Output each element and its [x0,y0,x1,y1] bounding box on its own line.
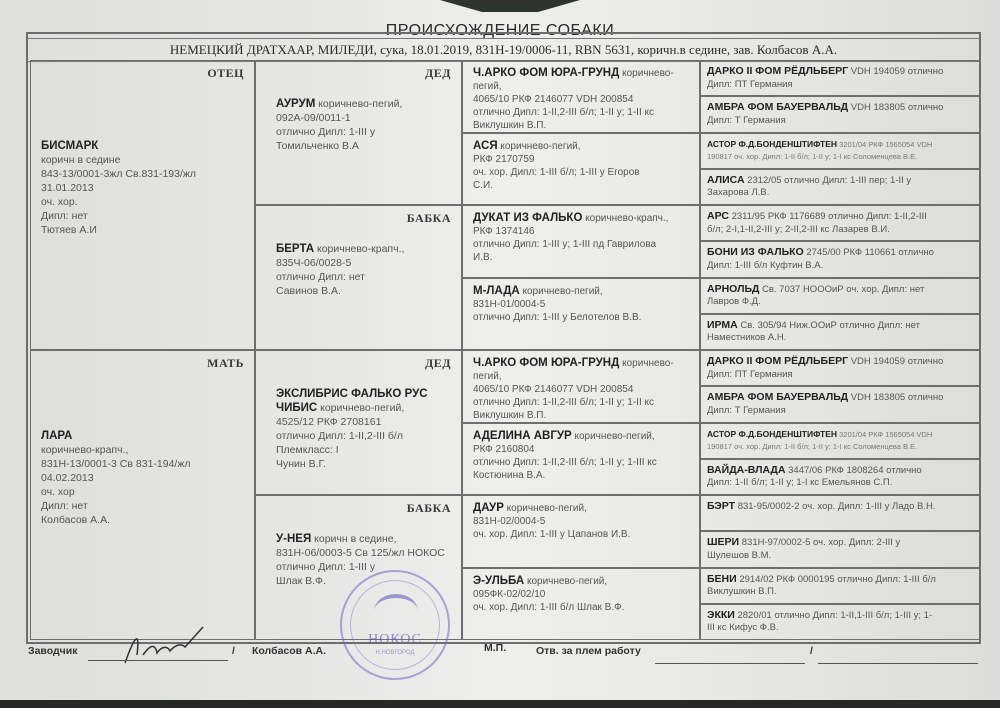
great-grandparent-cell: АДЕЛИНА АВГУР коричнево-пегий,РКФ 216080… [462,423,700,496]
dog-name: Э-УЛЬБА [473,575,524,587]
great-great-grandparent-cell: БОНИ ИЗ ФАЛЬКО 2745/00 РКФ 110661 отличн… [700,241,980,277]
dog-detail-line: коричн в седине [41,153,196,167]
dog-name: АСЯ [473,140,498,152]
dog-detail-line: Дипл: Т Германия [707,405,943,418]
responsible-signature-line [655,663,805,664]
dog-detail-line: отлично Дипл: 1-II,2-III б/л; 1-II у; 1-… [473,456,657,469]
dog-detail-line: оч. хор [41,485,191,499]
dog-entry: ИРМА Св. 305/94 Ниж.ООиР отлично Дипл: н… [707,319,920,345]
dog-detail-line: С.И. [473,179,640,192]
great-great-grandparent-cell: АРС 2311/95 РКФ 1176689 отлично Дипл: 1-… [700,205,980,241]
dog-detail-line: 190817 оч. хор. Дипл: 1-II б/л; 1-II у; … [707,151,932,163]
dog-detail-line: РКФ 2170759 [473,153,640,166]
dog-detail-line: 190817 оч. хор. Дипл: 1-II б/л; 1-II у; … [707,441,932,453]
dog-detail-line: Дипл: Т Германия [707,115,943,128]
dog-description: 2820/01 отлично Дипл: 1-II,1-III б/л; 1-… [737,610,932,621]
dog-description: VDH 183805 отлично [851,102,944,113]
dog-entry: М-ЛАДА коричнево-пегий,831Н-01/0004-5отл… [473,285,641,324]
dog-name: Ч.АРКО ФОМ ЮРА-ГРУНД [473,67,619,79]
relation-label: БАБКА [407,212,451,225]
dog-name: М-ЛАДА [473,285,520,297]
dog-detail-line: пегий, [473,370,674,383]
breeder-name: Колбасов А.А. [252,645,326,657]
dog-entry: АМБРА ФОМ БАУЕРВАЛЬД VDH 183805 отличноД… [707,391,943,417]
dog-detail-line: Виклушкин В.П. [473,409,674,422]
great-great-grandparent-cell: АРНОЛЬД Св. 7037 НОООиР оч. хор. Дипл: н… [700,278,980,314]
responsible-name-line [818,663,978,664]
slash-separator-2: / [810,645,813,657]
great-grandparent-cell: АСЯ коричнево-пегий,РКФ 2170759оч. хор. … [462,133,700,206]
dog-detail-line: 04.02.2013 [41,471,191,485]
dog-detail-line: Племкласс: I [276,443,461,457]
stamp-text: НОКОС [342,632,448,648]
great-grandparent-cell: ДУКАТ ИЗ ФАЛЬКО коричнево-крапч.,РКФ 137… [462,205,700,278]
relation-label: БАБКА [407,502,451,515]
dog-description: 3201/04 РКФ 1565054 VDH [839,430,932,439]
dog-name: ДУКАТ ИЗ ФАЛЬКО [473,212,582,224]
great-great-grandparent-cell: АСТОР Ф.Д.БОНДЕНШТИФТЕН 3201/04 РКФ 1565… [700,423,980,459]
dog-name: АДЕЛИНА АВГУР [473,430,572,442]
dog-entry: ДАРКО II ФОМ РЁДЛЬБЕРГ VDH 194059 отличн… [707,355,943,381]
signature [115,625,215,665]
dog-detail-line: коричнево-крапч., [41,443,191,457]
dog-detail-line: Наместников А.Н. [707,332,920,345]
dog-name: ДАРКО II ФОМ РЁДЛЬБЕРГ [707,65,848,77]
dog-description: коричнево- [622,68,674,79]
stamp-seal: НОКОС Н.НОВГОРОД [340,570,450,680]
dog-description: VDH 194059 отлично [851,356,944,367]
dog-entry: БЕНИ 2914/02 РКФ 0000195 отлично Дипл: 1… [707,573,936,599]
background-shadow-bottom [0,700,1000,708]
dog-name: ШЕРИ [707,536,739,548]
dog-detail-line: Захарова Л.В. [707,187,911,200]
breeder-signature-line [88,660,228,661]
great-great-grandparent-cell: АЛИСА 2312/05 отлично Дипл: 1-III пер; 1… [700,169,980,205]
dog-name: ДАУР [473,502,504,514]
dog-name: АРНОЛЬД [707,283,759,295]
dog-detail-line: отлично Дипл: 1-II,2-III б/л [276,429,461,443]
dog-detail-line: Виклушкин В.П. [473,119,674,132]
great-great-grandparent-cell: БЭРТ 831-95/0002-2 оч. хор. Дипл: 1-III … [700,495,980,531]
dog-detail-line: 4525/12 РКФ 2708161 [276,415,461,429]
grandparent-cell: ДЕДЭКСЛИБРИС ФАЛЬКО РУС ЧИБИС коричнево-… [255,350,462,495]
dog-detail-line: Виклушкин В.П. [707,586,936,599]
dog-description: коричнево-пегий, [574,431,654,442]
dog-detail-line: 835Ч-06/0028-5 [276,256,404,270]
dog-description: VDH 183805 отлично [851,392,944,403]
dog-name: ДАРКО II ФОМ РЁДЛЬБЕРГ [707,355,848,367]
dog-entry: Ч.АРКО ФОМ ЮРА-ГРУНД коричнево-пегий,406… [473,67,674,132]
dog-entry: БОНИ ИЗ ФАЛЬКО 2745/00 РКФ 110661 отличн… [707,246,934,272]
dog-entry: АДЕЛИНА АВГУР коричнево-пегий,РКФ 216080… [473,430,657,482]
dog-entry: АУРУМ коричнево-пегий,092А-09/0011-1отли… [276,97,402,153]
dog-entry: БЭРТ 831-95/0002-2 оч. хор. Дипл: 1-III … [707,500,935,514]
dog-detail-line: 095ФК-02/02/10 [473,588,625,601]
dog-detail-line: И.В. [473,251,668,264]
dog-detail-line: РКФ 1374146 [473,225,668,238]
dog-entry: ЛАРАкоричнево-крапч.,831Н-13/0001-3 Св 8… [41,429,191,527]
dog-name: АЛИСА [707,174,745,186]
dog-detail-line: 831Н-02/0004-5 [473,515,630,528]
dog-name: БОНИ ИЗ ФАЛЬКО [707,246,804,258]
dog-name: БЕРТА [276,243,314,255]
dog-name: БЕНИ [707,573,737,585]
dog-entry: АСТОР Ф.Д.БОНДЕНШТИФТЕН 3201/04 РКФ 1565… [707,138,932,163]
great-great-grandparent-cell: ИРМА Св. 305/94 Ниж.ООиР отлично Дипл: н… [700,314,980,350]
dog-detail-line: отлично Дипл: 1-III у; 1-III пд Гаврилов… [473,238,668,251]
dog-detail-line: 831Н-06/0003-5 Св 125/жл НОКОС [276,546,445,560]
dog-description: 2745/00 РКФ 110661 отлично [806,247,934,258]
dog-detail-line: Лавров Ф.Д. [707,296,924,309]
dog-entry: Э-УЛЬБА коричнево-пегий,095ФК-02/02/10оч… [473,575,625,614]
dog-detail-line: оч. хор. Дипл: 1-III б/л Шлак В.Ф. [473,601,625,614]
dog-detail-line: Дипл: 1-III б/л Куфтин В.А. [707,260,934,273]
dog-detail-line: 831Н-01/0004-5 [473,298,641,311]
dog-icon [374,594,418,628]
dog-entry: ДУКАТ ИЗ ФАЛЬКО коричнево-крапч.,РКФ 137… [473,212,668,264]
slash-separator: / [232,645,235,657]
seal-label: М.П. [484,642,506,654]
dog-detail-line: оч. хор. Дипл: 1-III у Цапанов И.В. [473,528,630,541]
dog-detail-line: отлично Дипл: 1-III у [276,560,445,574]
dog-name: У-НЕЯ [276,533,311,545]
great-great-grandparent-cell: ЭККИ 2820/01 отлично Дипл: 1-II,1-III б/… [700,604,980,640]
dog-detail-line: Савинов В.А. [276,284,404,298]
dog-detail-line: Шулешов В.М. [707,550,900,563]
relation-label: МАТЬ [207,357,244,370]
dog-name: АМБРА ФОМ БАУЕРВАЛЬД [707,101,848,113]
dog-detail-line: Дипл: ПТ Германия [707,369,943,382]
dog-detail-line: Колбасов А.А. [41,513,191,527]
dog-entry: АРНОЛЬД Св. 7037 НОООиР оч. хор. Дипл: н… [707,283,924,309]
dog-detail-line: отлично Дипл: 1-II,2-III б/л; 1-II у; 1-… [473,106,674,119]
dog-entry: Ч.АРКО ФОМ ЮРА-ГРУНД коричнево-пегий,406… [473,357,674,422]
great-great-grandparent-cell: АМБРА ФОМ БАУЕРВАЛЬД VDH 183805 отличноД… [700,386,980,422]
great-great-grandparent-cell: ДАРКО II ФОМ РЁДЛЬБЕРГ VDH 194059 отличн… [700,60,980,96]
dog-entry: ДАУР коричнево-пегий,831Н-02/0004-5оч. х… [473,502,630,541]
dog-detail-line: РКФ 2160804 [473,443,657,456]
dog-detail-line: Чунин В.Г. [276,457,461,471]
great-grandparent-cell: ДАУР коричнево-пегий,831Н-02/0004-5оч. х… [462,495,700,568]
dog-detail-line: Костюнина В.А. [473,469,657,482]
great-great-grandparent-cell: АСТОР Ф.Д.БОНДЕНШТИФТЕН 3201/04 РКФ 1565… [700,133,980,169]
dog-name: АМБРА ФОМ БАУЕРВАЛЬД [707,391,848,403]
great-great-grandparent-cell: ШЕРИ 831Н-97/0002-5 оч. хор. Дипл: 2-III… [700,531,980,567]
dog-description: коричн в седине, [314,533,396,545]
dog-description: коричнево-пегий, [527,576,607,587]
great-great-grandparent-cell: БЕНИ 2914/02 РКФ 0000195 отлично Дипл: 1… [700,568,980,604]
dog-detail-line: отлично Дипл: 1-II,2-III б/л; 1-II у; 1-… [473,396,674,409]
dog-detail-line: Тютяев А.И [41,223,196,237]
dog-description: Св. 7037 НОООиР оч. хор. Дипл: нет [762,284,924,295]
dog-detail-line: Дипл: 1-II б/л; 1-II у; 1-I кс Емельянов… [707,477,922,490]
dog-name: АСТОР Ф.Д.БОНДЕНШТИФТЕН [707,139,837,149]
dog-entry: ШЕРИ 831Н-97/0002-5 оч. хор. Дипл: 2-III… [707,536,900,562]
dog-entry: ЭКСЛИБРИС ФАЛЬКО РУС ЧИБИС коричнево-пег… [276,387,461,471]
great-great-grandparent-cell: ВАЙДА-ВЛАДА 3447/06 РКФ 1808264 отличноД… [700,459,980,495]
great-great-grandparent-cell: ДАРКО II ФОМ РЁДЛЬБЕРГ VDH 194059 отличн… [700,350,980,386]
dog-description: коричнево-пегий, [500,141,580,152]
breeder-label: Заводчик [28,645,77,657]
dog-entry: ЭККИ 2820/01 отлично Дипл: 1-II,1-III б/… [707,609,932,635]
dog-entry: БИСМАРКкоричн в седине843-13/0001-3жл Св… [41,139,196,237]
dog-description: VDH 194059 отлично [851,66,944,77]
dog-description: коричнево-пегий, [318,98,402,110]
dog-detail-line: отлично Дипл: 1-III у Белотелов В.В. [473,311,641,324]
dog-detail-line: 831Н-13/0001-3 Св 831-194/жл [41,457,191,471]
dog-description: 2311/95 РКФ 1176689 отлично Дипл: 1-II,2… [732,211,927,222]
dog-name: БЭРТ [707,500,735,512]
dog-name: ВАЙДА-ВЛАДА [707,464,785,476]
great-grandparent-cell: Ч.АРКО ФОМ ЮРА-ГРУНД коричнево-пегий,406… [462,350,700,423]
relation-label: ДЕД [425,67,451,80]
dog-detail-line: Томильченко В.А [276,139,402,153]
dog-name: АУРУМ [276,98,315,110]
relation-label: ОТЕЦ [207,67,244,80]
dog-name: АСТОР Ф.Д.БОНДЕНШТИФТЕН [707,429,837,439]
dog-name: ИРМА [707,319,738,331]
great-grandparent-cell: М-ЛАДА коричнево-пегий,831Н-01/0004-5отл… [462,278,700,351]
dog-description: коричнево- [622,358,674,369]
great-grandparent-cell: Ч.АРКО ФОМ ЮРА-ГРУНД коричнево-пегий,406… [462,60,700,133]
dog-detail-line: 4065/10 РКФ 2146077 VDH 200854 [473,93,674,106]
dog-entry: БЕРТА коричнево-крапч.,835Ч-06/0028-5отл… [276,242,404,298]
dog-entry: ДАРКО II ФОМ РЁДЛЬБЕРГ VDH 194059 отличн… [707,65,943,91]
great-great-grandparent-cell: АМБРА ФОМ БАУЕРВАЛЬД VDH 183805 отличноД… [700,96,980,132]
grandparent-cell: ДЕДАУРУМ коричнево-пегий,092А-09/0011-1о… [255,60,462,205]
dog-description: коричнево-пегий, [523,286,603,297]
dog-detail-line: б/л; 2-I,1-II,2-III у; 2-II,2-III кс Лаз… [707,224,927,237]
responsible-label: Отв. за плем работу [536,645,641,657]
dog-entry: АСТОР Ф.Д.БОНДЕНШТИФТЕН 3201/04 РКФ 1565… [707,428,932,453]
dog-detail-line: Дипл: ПТ Германия [707,79,943,92]
sire-cell: ОТЕЦБИСМАРКкоричн в седине843-13/0001-3ж… [30,60,255,350]
dog-detail-line: отлично Дипл: нет [276,270,404,284]
dog-detail-line: оч. хор. [41,195,196,209]
stamp-subtext: Н.НОВГОРОД [342,650,448,656]
grandparent-cell: БАБКАБЕРТА коричнево-крапч.,835Ч-06/0028… [255,205,462,350]
dog-detail-line: Дипл: нет [41,499,191,513]
dog-detail-line: III кс Кифус Ф.В. [707,622,932,635]
dog-name: АРС [707,210,729,222]
dog-name: Ч.АРКО ФОМ ЮРА-ГРУНД [473,357,619,369]
dog-entry: АЛИСА 2312/05 отлично Дипл: 1-III пер; 1… [707,174,911,200]
dog-detail-line: оч. хор. Дипл: 1-III б/л; 1-III у Егоров [473,166,640,179]
dog-detail-line: 092А-09/0011-1 [276,111,402,125]
dog-description: 3447/06 РКФ 1808264 отлично [788,465,922,476]
dog-detail-line: Дипл: нет [41,209,196,223]
dam-cell: МАТЬЛАРАкоричнево-крапч.,831Н-13/0001-3 … [30,350,255,640]
dog-entry: ВАЙДА-ВЛАДА 3447/06 РКФ 1808264 отличноД… [707,464,922,490]
dog-description: 831-95/0002-2 оч. хор. Дипл: 1-III у Лад… [738,501,936,512]
dog-description: коричнево-пегий, [320,402,404,414]
dog-detail-line: пегий, [473,80,674,93]
dog-description: коричнево-пегий, [507,503,587,514]
dog-description: 2312/05 отлично Дипл: 1-III пер; 1-II у [747,175,911,186]
dog-name: ЛАРА [41,429,191,443]
relation-label: ДЕД [425,357,451,370]
dog-detail-line: 31.01.2013 [41,181,196,195]
dog-description: Св. 305/94 Ниж.ООиР отлично Дипл: нет [740,320,920,331]
dog-detail-line: 4065/10 РКФ 2146077 VDH 200854 [473,383,674,396]
dog-entry: АРС 2311/95 РКФ 1176689 отлично Дипл: 1-… [707,210,927,236]
dog-description: 2914/02 РКФ 0000195 отлично Дипл: 1-III … [739,574,936,585]
dog-entry: АМБРА ФОМ БАУЕРВАЛЬД VDH 183805 отличноД… [707,101,943,127]
dog-description: коричнево-крапч., [317,243,404,255]
document-subtitle: НЕМЕЦКИЙ ДРАТХААР, МИЛЕДИ, сука, 18.01.2… [28,38,979,62]
dog-name: БИСМАРК [41,139,196,153]
dog-description: 3201/04 РКФ 1565054 VDH [839,140,932,149]
great-grandparent-cell: Э-УЛЬБА коричнево-пегий,095ФК-02/02/10оч… [462,568,700,641]
dog-detail-line: отлично Дипл: 1-III у [276,125,402,139]
dog-name: ЭККИ [707,609,735,621]
dog-description: коричнево-крапч., [585,213,668,224]
dog-detail-line: 843-13/0001-3жл Св.831-193/жл [41,167,196,181]
dog-description: 831Н-97/0002-5 оч. хор. Дипл: 2-III у [742,537,901,548]
dog-entry: АСЯ коричнево-пегий,РКФ 2170759оч. хор. … [473,140,640,192]
